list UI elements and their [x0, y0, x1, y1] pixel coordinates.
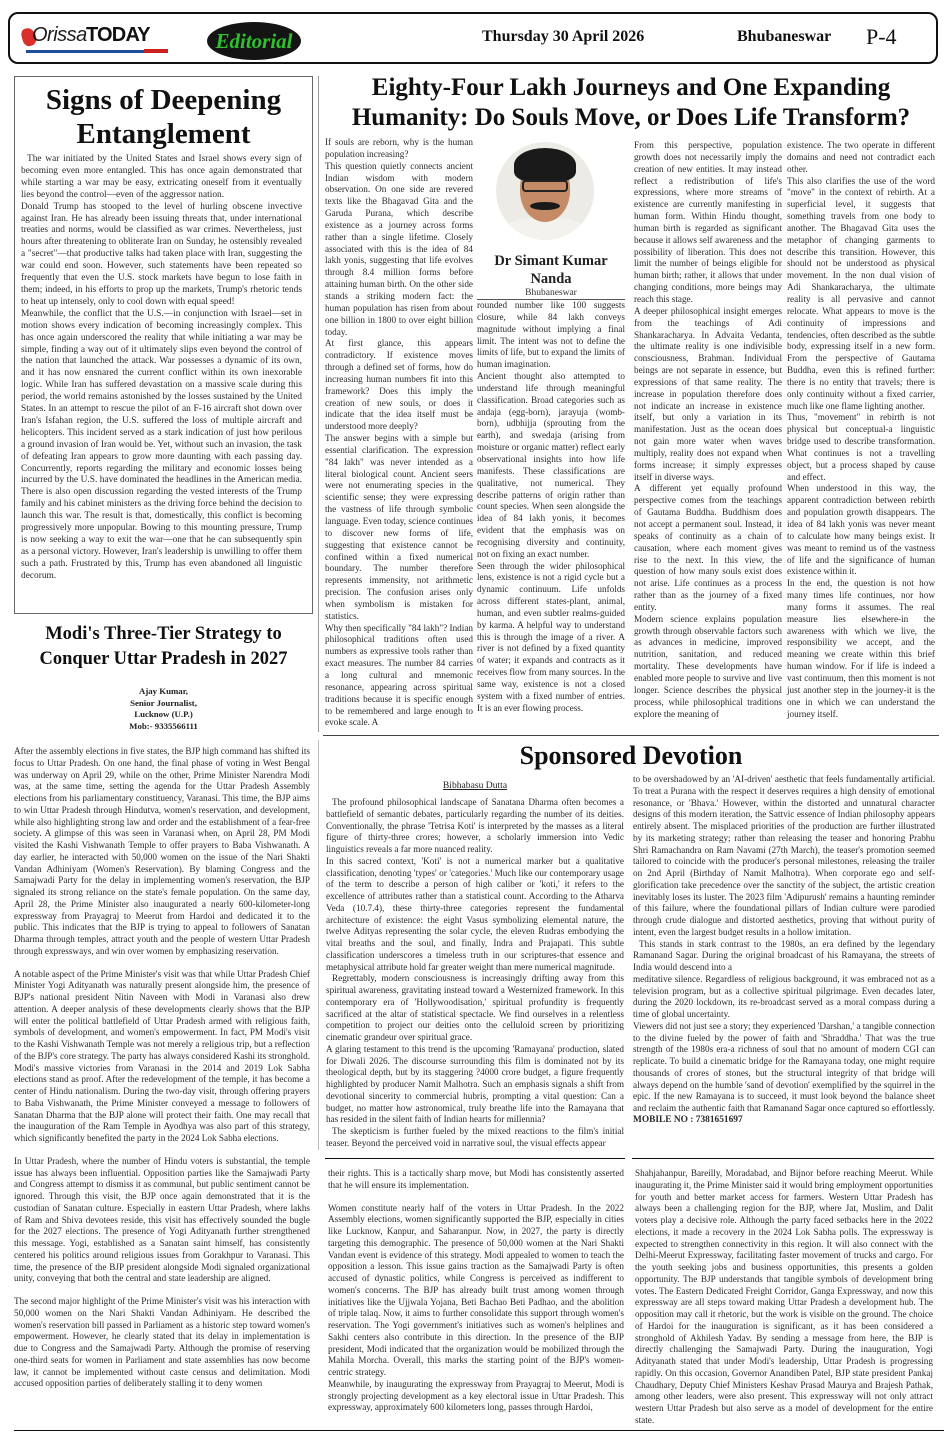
- logo-underline: [26, 50, 144, 53]
- paragraph: At first glance, this appears contradict…: [325, 338, 473, 433]
- paragraph: This question quietly connects ancient I…: [325, 161, 473, 339]
- paragraph: The war initiated by the United States a…: [21, 154, 302, 202]
- logo-text-orissa: Orissa: [32, 24, 87, 47]
- photo-mustache: [530, 202, 560, 210]
- section-badge-label: Editorial: [215, 29, 292, 54]
- paragraph: to be overshadowed by an 'AI-driven' aes…: [633, 774, 935, 939]
- author-name: Dr Simant Kumar Nanda: [476, 252, 626, 288]
- article-signs-of-deepening-entanglement: Signs of Deepening Entanglement The war …: [14, 76, 313, 614]
- paragraph: After the assembly elections in five sta…: [14, 746, 310, 958]
- article-title-modi-three-tier: Modi's Three-Tier Strategy to Conquer Ut…: [14, 622, 313, 672]
- paragraph: Regrettably, modern consciousness is inc…: [326, 973, 624, 1044]
- byline-name: Ajay Kumar,: [14, 686, 313, 698]
- paragraph: Shahjahanpur, Bareilly, Moradabad, and B…: [635, 1168, 933, 1427]
- paragraph: In this sacred context, 'Koti' is not a …: [326, 856, 624, 974]
- section-divider: [323, 735, 939, 736]
- section-badge: Editorial: [207, 22, 301, 60]
- paragraph: From this perspective, population growth…: [634, 140, 782, 306]
- article2-column-1: If souls are reborn, why is the human po…: [325, 137, 473, 729]
- article2-column-2: rounded number like 100 suggests closure…: [477, 300, 625, 715]
- paragraph: The answer begins with a simple but esse…: [325, 433, 473, 623]
- paragraph: Meanwhile, the conflict that the U.S.—in…: [21, 309, 302, 583]
- paragraph: A glaring testament to this trend is the…: [326, 1044, 624, 1126]
- paragraph: existence. The two operate in different …: [787, 140, 935, 176]
- paragraph: Meanwhile, by inaugurating the expresswa…: [328, 1379, 624, 1414]
- paragraph: Modern science explains population growt…: [634, 614, 782, 721]
- paragraph: A deeper philosophical insight emerges f…: [634, 306, 782, 484]
- paragraph: meditative silence. Regardless of religi…: [633, 974, 935, 1021]
- byline-location: Lucknow (U.P.): [14, 709, 313, 721]
- paragraph: Women constitute nearly half of the vote…: [328, 1203, 624, 1379]
- logo-tagline-bar: [144, 49, 168, 53]
- photo-glasses: [522, 180, 568, 192]
- article4-column-1: The profound philosophical landscape of …: [326, 797, 624, 1150]
- photo-hair: [514, 148, 576, 182]
- article4-byline: Bibhabasu Dutta: [325, 780, 625, 791]
- article-title-sponsored-devotion: Sponsored Devotion: [323, 741, 939, 771]
- paragraph: A different yet equally profound perspec…: [634, 483, 782, 613]
- paragraph: their rights. This is a tactically sharp…: [328, 1168, 624, 1192]
- paragraph: Seen through the wider philosophical len…: [477, 561, 625, 715]
- paragraph: When understood in this way, the apparen…: [787, 483, 935, 578]
- column-divider: [318, 76, 319, 732]
- author-mobile: MOBILE NO : 7381651697: [633, 1115, 935, 1127]
- paragraph: A notable aspect of the Prime Minister's…: [14, 969, 310, 1145]
- article2-column-3: From this perspective, population growth…: [634, 140, 782, 720]
- column-divider: [318, 740, 319, 1150]
- paragraph: Donald Trump has stooped to the level of…: [21, 202, 302, 309]
- issue-date: Thursday 30 April 2026: [482, 28, 644, 46]
- masthead: Orissa TODAY Editorial Thursday 30 April…: [8, 12, 938, 64]
- edition-city: Bhubaneswar: [737, 28, 831, 46]
- paragraph: If souls are reborn, why is the human po…: [325, 137, 473, 161]
- page-number: P-4: [866, 24, 897, 50]
- page-bottom-rule: [14, 1430, 944, 1431]
- paragraph: Thus, "movement" in rebirth is not physi…: [787, 412, 935, 483]
- column-top-rule: [632, 1158, 934, 1159]
- paragraph: Ancient thought also attempted to unders…: [477, 371, 625, 561]
- paragraph: Viewers did not just see a story; they e…: [633, 1021, 935, 1115]
- article3-column-2: their rights. This is a tactically sharp…: [328, 1168, 624, 1414]
- column-top-rule: [325, 1158, 625, 1159]
- logo-text-today: TODAY: [86, 24, 150, 47]
- paragraph: The second major highlight of the Prime …: [14, 1296, 310, 1390]
- article-title-eighty-four-lakh: Eighty-Four Lakh Journeys and One Expand…: [323, 73, 939, 133]
- article-body: The war initiated by the United States a…: [15, 151, 312, 583]
- paragraph: In Uttar Pradesh, where the number of Hi…: [14, 1156, 310, 1285]
- paragraph: rounded number like 100 suggests closure…: [477, 300, 625, 371]
- paragraph: Why then specifically "84 lakh"? Indian …: [325, 623, 473, 730]
- article4-column-2: to be overshadowed by an 'AI-driven' aes…: [633, 774, 935, 1127]
- paragraph: The skepticism is further fueled by the …: [326, 1126, 624, 1150]
- article3-column-3: Shahjahanpur, Bareilly, Moradabad, and B…: [635, 1168, 933, 1427]
- article3-byline: Ajay Kumar, Senior Journalist, Lucknow (…: [14, 686, 313, 732]
- byline-role: Senior Journalist,: [14, 698, 313, 710]
- paragraph: In the end, the question is not how many…: [787, 578, 935, 720]
- article-title: Signs of Deepening Entanglement: [15, 83, 312, 151]
- byline-mobile: Mob:- 9335566111: [14, 721, 313, 733]
- article2-column-4: existence. The two operate in different …: [787, 140, 935, 720]
- orissa-today-logo[interactable]: Orissa TODAY: [20, 24, 160, 58]
- paragraph: The profound philosophical landscape of …: [326, 797, 624, 856]
- author-city: Bhubaneswar: [476, 288, 626, 298]
- article3-column-1: After the assembly elections in five sta…: [14, 746, 310, 1390]
- paragraph: This also clarifies the use of the word …: [787, 176, 935, 413]
- author-photo: [496, 142, 594, 240]
- paragraph: This stands in stark contrast to the 198…: [633, 939, 935, 974]
